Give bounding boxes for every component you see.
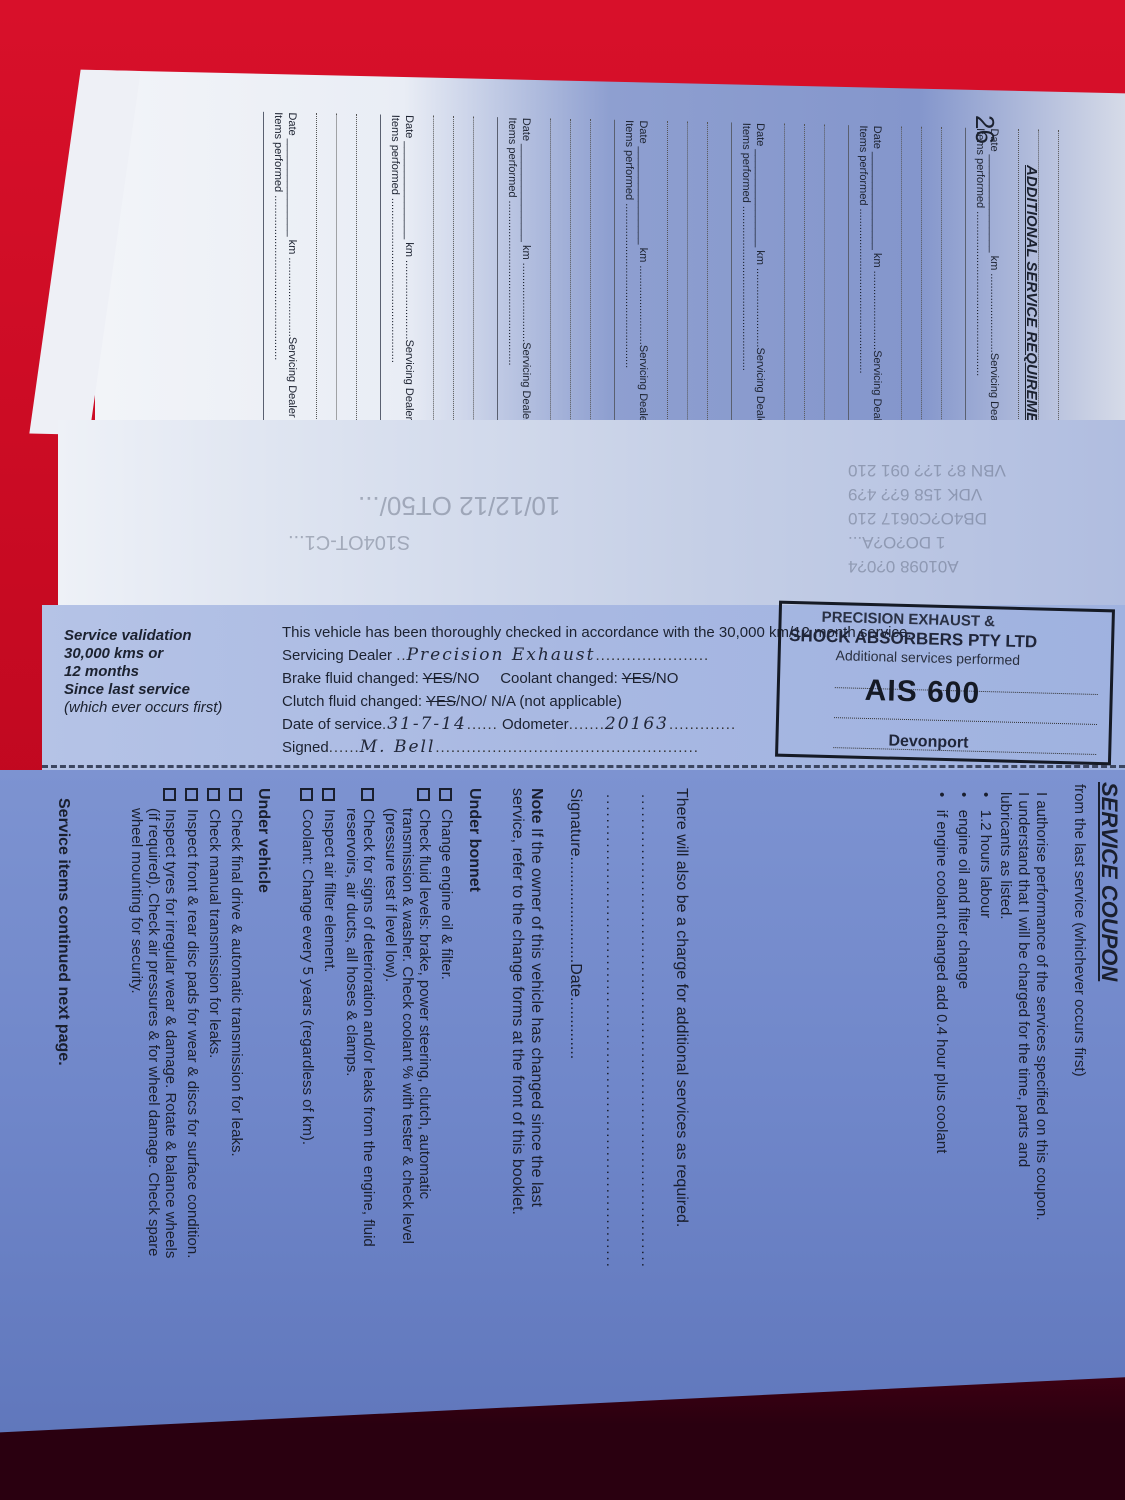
entry-date-km-dealer: Date ________________ km ...............… bbox=[520, 118, 532, 448]
entry-date-km-dealer: Date ________________ km ...............… bbox=[286, 112, 298, 442]
checkbox-icon[interactable] bbox=[417, 788, 430, 801]
service-entry[interactable]: Date ________________ km ...............… bbox=[380, 114, 491, 447]
mirrored-print: VDK 158 6?? 4?9 bbox=[848, 484, 982, 504]
entry-items-performed: Items performed ........................… bbox=[272, 112, 284, 360]
blank-line[interactable]: ........................................… bbox=[602, 794, 620, 1269]
checkbox-icon[interactable] bbox=[322, 788, 335, 801]
torn-stub: 10/12/12 OT50/... S104OT-C1... VBN 8? 1?… bbox=[58, 420, 1125, 605]
perforation-line bbox=[42, 765, 1125, 768]
checklist-item-cont: transmission & washer. Check coolant % w… bbox=[398, 808, 416, 1244]
service-validation-strip: Service validation 30,000 kms or 12 mont… bbox=[42, 605, 1125, 770]
signature-value[interactable]: M. Bell bbox=[360, 737, 436, 757]
bullet-item: • if engine coolant changed add 0.4 hour… bbox=[932, 792, 950, 1153]
checkbox-icon[interactable] bbox=[361, 788, 374, 801]
signature-date-row[interactable]: Signature........................Date...… bbox=[566, 788, 584, 1059]
checklist-item[interactable]: Check fluid levels: brake, power steerin… bbox=[415, 788, 433, 1199]
checkbox-icon[interactable] bbox=[207, 788, 220, 801]
bullet-item: • engine oil and filter change bbox=[954, 792, 972, 989]
handwritten-dealer: Precision Exhaust bbox=[407, 645, 596, 665]
checklist-item-cont: wheel mounting for security. bbox=[127, 808, 145, 994]
checkbox-icon[interactable] bbox=[229, 788, 242, 801]
authorise-text: I authorise performance of the services … bbox=[1032, 792, 1050, 1221]
service-entry[interactable]: Date ________________ km ...............… bbox=[848, 125, 959, 458]
entry-date-km-dealer: Date ________________ km ...............… bbox=[403, 115, 415, 445]
criteria-line: Since last service bbox=[64, 681, 222, 699]
checklist-item[interactable]: Check for signs of deterioration and/or … bbox=[359, 788, 377, 1247]
field-label: Servicing Dealer bbox=[282, 647, 392, 664]
odometer-value[interactable]: 20163 bbox=[605, 714, 669, 734]
entry-items-performed: Items performed ........................… bbox=[389, 115, 401, 363]
checkbox-icon[interactable] bbox=[163, 788, 176, 801]
service-entry[interactable]: Date ________________ km ...............… bbox=[263, 112, 374, 445]
page-number: 26 bbox=[969, 115, 1000, 144]
bullet-item: • 1.2 hours labour bbox=[976, 792, 994, 918]
checkbox-icon[interactable] bbox=[439, 788, 452, 801]
entry-date-km-dealer: Date ________________ km ...............… bbox=[754, 123, 766, 453]
blank-line[interactable]: ........................................… bbox=[637, 794, 655, 1269]
service-entry[interactable]: Date ________________ km ...............… bbox=[497, 117, 608, 450]
mirrored-print: DB4O?C0617 210 bbox=[848, 508, 987, 528]
coupon-title: SERVICE COUPON bbox=[1100, 782, 1118, 981]
date-of-service-value[interactable]: 31-7-14 bbox=[387, 714, 467, 734]
entry-items-performed: Items performed ........................… bbox=[740, 123, 752, 371]
clutch-yes-option[interactable]: YES bbox=[426, 693, 456, 710]
stamp-code: AIS 600 bbox=[864, 674, 980, 711]
coupon-subtitle: from the last service (whichever occurs … bbox=[1070, 784, 1088, 1077]
under-bonnet-heading: Under bonnet bbox=[465, 788, 483, 892]
field-label: Clutch fluid changed: bbox=[282, 693, 422, 710]
checkbox-icon[interactable] bbox=[300, 788, 313, 801]
entry-date-km-dealer: Date ________________ km ...............… bbox=[871, 126, 883, 456]
note-line: service, refer to the change forms at th… bbox=[508, 788, 526, 1215]
field-label: Odometer bbox=[502, 716, 569, 733]
service-entry[interactable]: Date ________________ km ...............… bbox=[614, 120, 725, 453]
continued-note: Service items continued next page. bbox=[54, 798, 72, 1066]
under-vehicle-heading: Under vehicle bbox=[254, 788, 272, 893]
criteria-line: 12 months bbox=[64, 663, 222, 681]
mirrored-print: VBN 8? 1?? 091 210 bbox=[848, 460, 1006, 480]
service-coupon: SERVICE COUPON from the last service (wh… bbox=[0, 770, 1125, 1460]
coolant-no-option[interactable]: /NO bbox=[652, 670, 679, 687]
service-entry[interactable]: Date ________________ km ...............… bbox=[731, 122, 842, 455]
checklist-item[interactable]: Coolant: Change every 5 years (regardles… bbox=[298, 788, 316, 1145]
checklist-item[interactable]: Check final drive & automatic transmissi… bbox=[227, 788, 245, 1157]
stamp-location: Devonport bbox=[888, 733, 968, 753]
checkbox-icon[interactable] bbox=[185, 788, 198, 801]
authorise-text: lubricants as listed. bbox=[996, 792, 1014, 920]
additional-services-label: Additional services performed bbox=[835, 647, 1020, 668]
dealer-stamp: PRECISION EXHAUST & SHOCK ABSORBERS PTY … bbox=[775, 601, 1115, 766]
brake-no-option[interactable]: /NO bbox=[453, 670, 480, 687]
checklist-item[interactable]: Inspect tyres for irregular wear & damag… bbox=[161, 788, 179, 1258]
checklist-item[interactable]: Inspect air filter element. bbox=[320, 788, 338, 972]
checklist-item-cont: (pressure test if level low). bbox=[381, 808, 399, 982]
entry-date-km-dealer: Date ________________ km ...............… bbox=[988, 128, 1000, 458]
authorise-text: I understand that I will be charged for … bbox=[1014, 792, 1032, 1167]
criteria-line: 30,000 kms or bbox=[64, 645, 222, 663]
mirrored-print: S104OT-C1... bbox=[288, 530, 410, 553]
field-label: Coolant changed: bbox=[500, 670, 618, 687]
criteria-line: Service validation bbox=[64, 627, 222, 645]
field-label: Signed bbox=[282, 739, 329, 756]
additional-charge-text: There will also be a charge for addition… bbox=[672, 788, 690, 1227]
coolant-yes-option[interactable]: YES bbox=[622, 670, 652, 687]
note-line: Note If the owner of this vehicle has ch… bbox=[527, 788, 545, 1207]
mirrored-print: 1 DO?O?A... bbox=[848, 532, 945, 552]
entry-items-performed: Items performed ........................… bbox=[623, 120, 635, 368]
entry-items-performed: Items performed ........................… bbox=[506, 117, 518, 365]
mirrored-print: A01098 0?0?4 bbox=[848, 556, 959, 576]
entry-items-performed: Items performed ........................… bbox=[857, 125, 869, 373]
field-label: Date of service bbox=[282, 716, 382, 733]
checklist-item[interactable]: Change engine oil & filter. bbox=[437, 788, 455, 980]
field-label: Brake fluid changed: bbox=[282, 670, 419, 687]
checklist-item[interactable]: Check manual transmission for leaks. bbox=[205, 788, 223, 1058]
service-entry[interactable]: Date ________________ km ...............… bbox=[965, 128, 1076, 461]
entry-items-performed: Items performed ........................… bbox=[974, 128, 986, 376]
mirrored-print: 10/12/12 OT50/... bbox=[358, 490, 560, 521]
entry-date-km-dealer: Date ________________ km ...............… bbox=[637, 120, 649, 450]
checklist-item-cont: reservoirs, air ducts, all hoses & clamp… bbox=[342, 808, 360, 1076]
brake-yes-option[interactable]: YES bbox=[423, 670, 453, 687]
validation-criteria: Service validation 30,000 kms or 12 mont… bbox=[64, 627, 222, 717]
criteria-line: (which ever occurs first) bbox=[64, 699, 222, 717]
clutch-other-options[interactable]: /NO/ N/A (not applicable) bbox=[456, 693, 622, 710]
checklist-item[interactable]: Inspect front & rear disc pads for wear … bbox=[183, 788, 201, 1258]
checklist-item-cont: (if required). Check air pressures & for… bbox=[144, 808, 162, 1257]
